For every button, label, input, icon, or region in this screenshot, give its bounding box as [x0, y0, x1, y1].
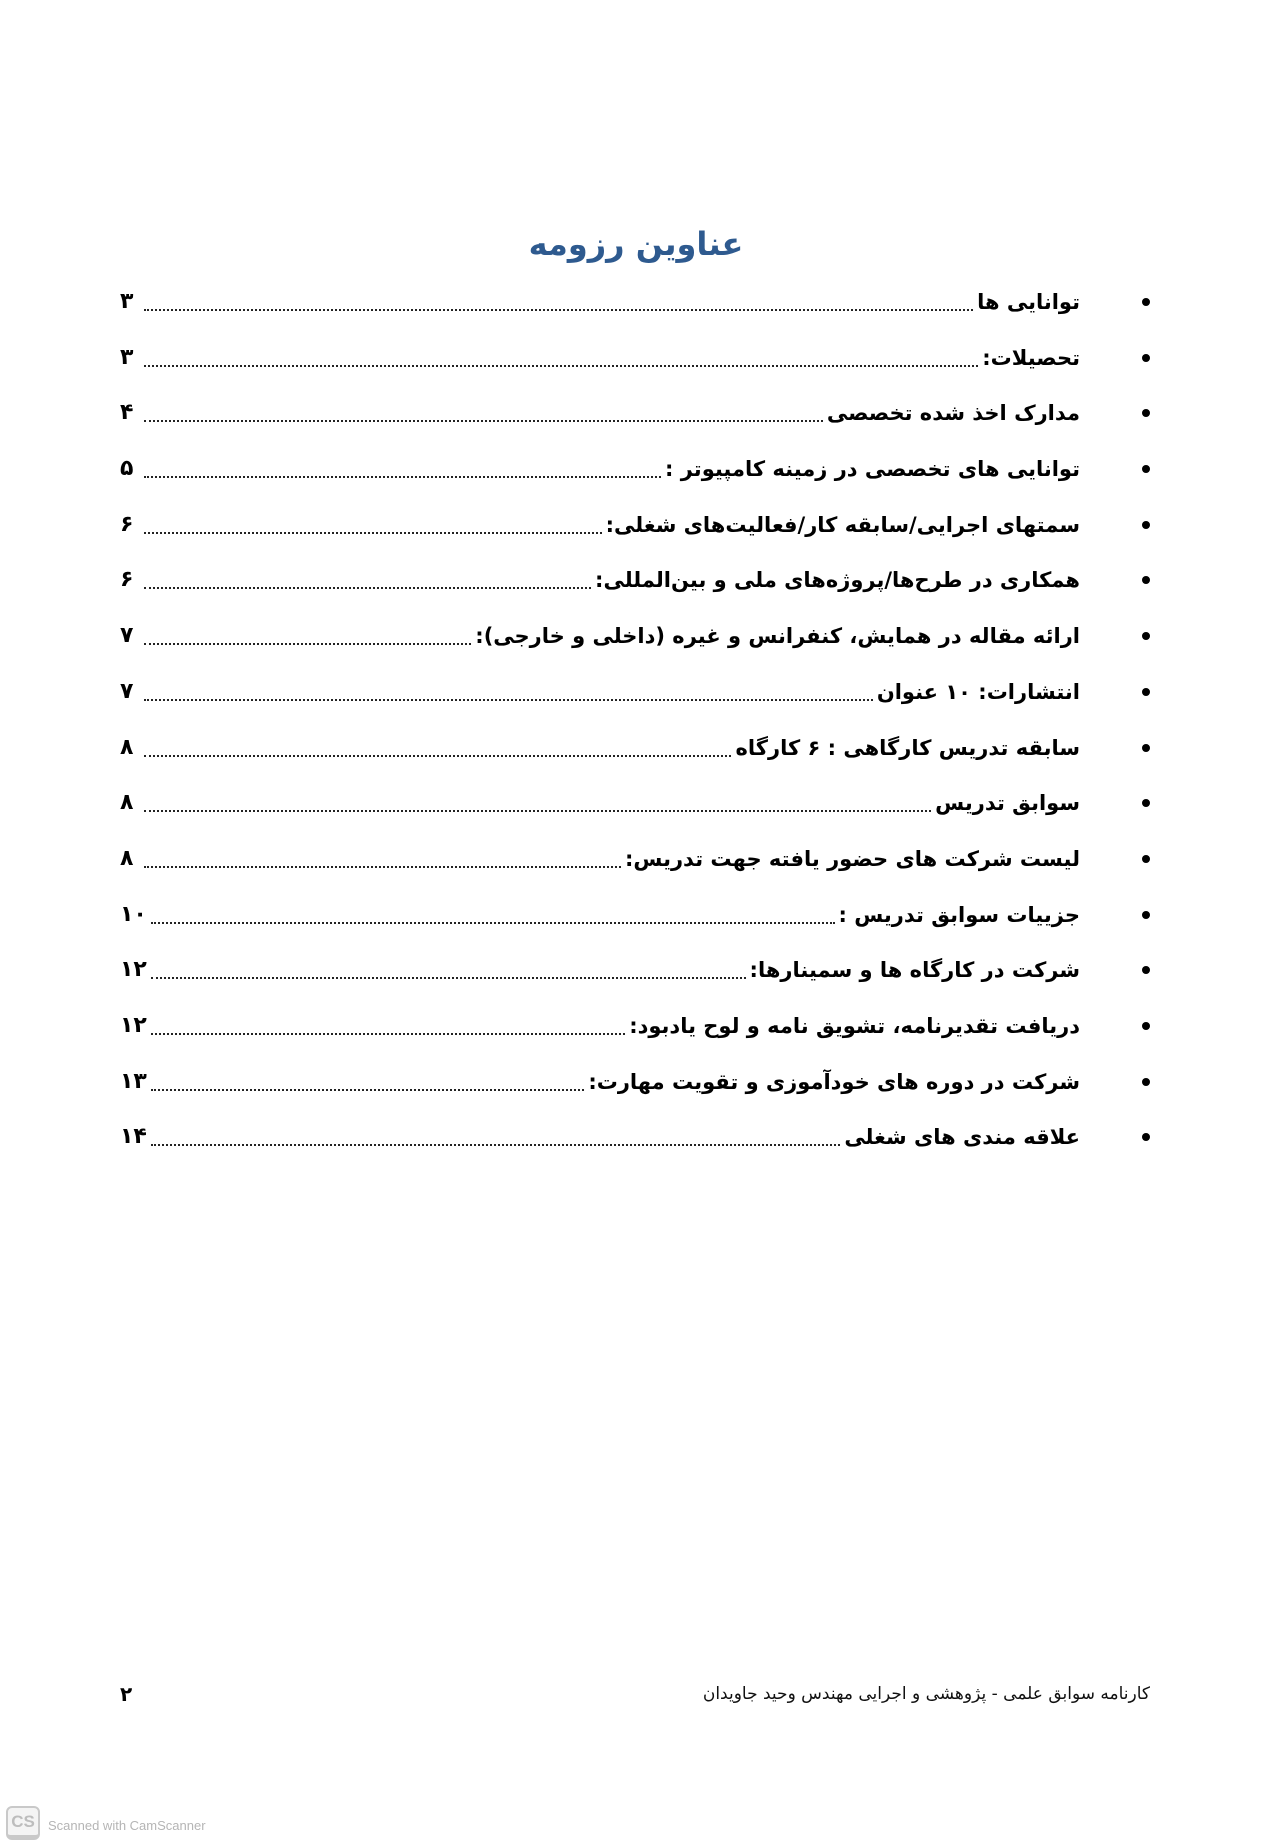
toc-entry: توانایی های تخصصی در زمینه کامپیوتر : ۵ [120, 449, 1160, 505]
toc-entry-label: شرکت در دوره های خودآموزی و تقویت مهارت: [584, 1062, 1080, 1102]
toc-entry: ارائه مقاله در همایش، کنفرانس و غیره (دا… [120, 616, 1160, 672]
toc-entry: همکاری در طرح‌ها/پروژه‌های ملی و بین‌الم… [120, 560, 1160, 616]
bullet-icon [1142, 855, 1150, 863]
toc-entry-label: توانایی ها [973, 282, 1080, 322]
bullet-icon [1142, 744, 1150, 752]
toc-entry: شرکت در کارگاه ها و سمینارها: ۱۲ [120, 950, 1160, 1006]
toc-page-number: ۶ [120, 560, 140, 600]
toc-entry: لیست شرکت های حضور یافته جهت تدریس: ۸ [120, 839, 1160, 895]
toc-entry-label: انتشارات: ۱۰ عنوان [873, 672, 1080, 712]
toc-page-number: ۸ [120, 783, 140, 823]
toc-page-number: ۱۳ [120, 1062, 147, 1102]
dot-leader [151, 977, 746, 979]
bullet-icon [1142, 1133, 1150, 1141]
dot-leader [144, 810, 931, 812]
toc-entry-label: شرکت در کارگاه ها و سمینارها: [746, 950, 1080, 990]
toc-entry-label: توانایی های تخصصی در زمینه کامپیوتر : [661, 449, 1080, 489]
dot-leader [144, 755, 731, 757]
page-title: عناوین رزومه [0, 222, 1272, 266]
toc-entry-label: همکاری در طرح‌ها/پروژه‌های ملی و بین‌الم… [591, 560, 1080, 600]
toc-page-number: ۳ [120, 282, 140, 322]
dot-leader [144, 420, 823, 422]
footer-page-number: ۲ [120, 1682, 132, 1706]
toc-entry-label: ارائه مقاله در همایش، کنفرانس و غیره (دا… [471, 616, 1080, 656]
toc-entry: توانایی ها ۳ [120, 282, 1160, 338]
toc-page-number: ۱۴ [120, 1117, 147, 1157]
toc-page-number: ۶ [120, 505, 140, 545]
bullet-icon [1142, 465, 1150, 473]
dot-leader [151, 1089, 584, 1091]
toc-entry-label: جزییات سوابق تدریس : [835, 895, 1080, 935]
bullet-icon [1142, 688, 1150, 696]
toc-entry-label: تحصیلات: [978, 338, 1080, 378]
camscanner-watermark: Scanned with CamScanner [48, 1818, 206, 1833]
bullet-icon [1142, 911, 1150, 919]
toc-entry: انتشارات: ۱۰ عنوان ۷ [120, 672, 1160, 728]
toc-page-number: ۱۰ [120, 895, 147, 935]
toc-entry-label: سمتهای اجرایی/سابقه کار/فعالیت‌های شغلی: [602, 505, 1080, 545]
dot-leader [144, 643, 471, 645]
dot-leader [144, 365, 978, 367]
toc-entry: سوابق تدریس ۸ [120, 783, 1160, 839]
bullet-icon [1142, 1078, 1150, 1086]
toc-entry: علاقه مندی های شغلی ۱۴ [120, 1117, 1160, 1173]
toc-page-number: ۷ [120, 616, 140, 656]
toc-page-number: ۸ [120, 728, 140, 768]
dot-leader [151, 1144, 840, 1146]
bullet-icon [1142, 521, 1150, 529]
toc-entry: سمتهای اجرایی/سابقه کار/فعالیت‌های شغلی:… [120, 505, 1160, 561]
toc-entry-label: مدارک اخذ شده تخصصی [823, 393, 1080, 433]
bullet-icon [1142, 799, 1150, 807]
bullet-icon [1142, 409, 1150, 417]
dot-leader [151, 922, 835, 924]
bullet-icon [1142, 354, 1150, 362]
toc-page-number: ۷ [120, 672, 140, 712]
toc-entry: تحصیلات: ۳ [120, 338, 1160, 394]
dot-leader [144, 699, 873, 701]
dot-leader [151, 1033, 625, 1035]
dot-leader [144, 587, 591, 589]
toc-entry: شرکت در دوره های خودآموزی و تقویت مهارت:… [120, 1062, 1160, 1118]
toc-page-number: ۸ [120, 839, 140, 879]
bullet-icon [1142, 1022, 1150, 1030]
toc-entry: سابقه تدریس کارگاهی : ۶ کارگاه ۸ [120, 728, 1160, 784]
toc-entry-label: لیست شرکت های حضور یافته جهت تدریس: [621, 839, 1080, 879]
bullet-icon [1142, 576, 1150, 584]
dot-leader [144, 309, 973, 311]
dot-leader [144, 476, 661, 478]
toc-entry: مدارک اخذ شده تخصصی ۴ [120, 393, 1160, 449]
toc-entry-label: علاقه مندی های شغلی [840, 1117, 1080, 1157]
footer-running-title: کارنامه سوابق علمی - پژوهشی و اجرایی مهن… [703, 1684, 1150, 1704]
toc-page-number: ۱۲ [120, 1006, 147, 1046]
dot-leader [144, 532, 602, 534]
dot-leader [144, 866, 621, 868]
toc-entry: جزییات سوابق تدریس : ۱۰ [120, 895, 1160, 951]
table-of-contents: توانایی ها ۳ تحصیلات: ۳ مدارک اخذ شده تخ… [120, 282, 1160, 1173]
toc-page-number: ۴ [120, 393, 140, 433]
bullet-icon [1142, 298, 1150, 306]
camscanner-logo-icon: CS [6, 1806, 40, 1840]
bullet-icon [1142, 966, 1150, 974]
toc-page-number: ۱۲ [120, 950, 147, 990]
toc-entry-label: دریافت تقدیرنامه، تشویق نامه و لوح یادبو… [625, 1006, 1080, 1046]
toc-page-number: ۳ [120, 338, 140, 378]
toc-entry-label: سابقه تدریس کارگاهی : ۶ کارگاه [731, 728, 1080, 768]
toc-entry: دریافت تقدیرنامه، تشویق نامه و لوح یادبو… [120, 1006, 1160, 1062]
toc-entry-label: سوابق تدریس [931, 783, 1080, 823]
toc-page-number: ۵ [120, 449, 140, 489]
bullet-icon [1142, 632, 1150, 640]
